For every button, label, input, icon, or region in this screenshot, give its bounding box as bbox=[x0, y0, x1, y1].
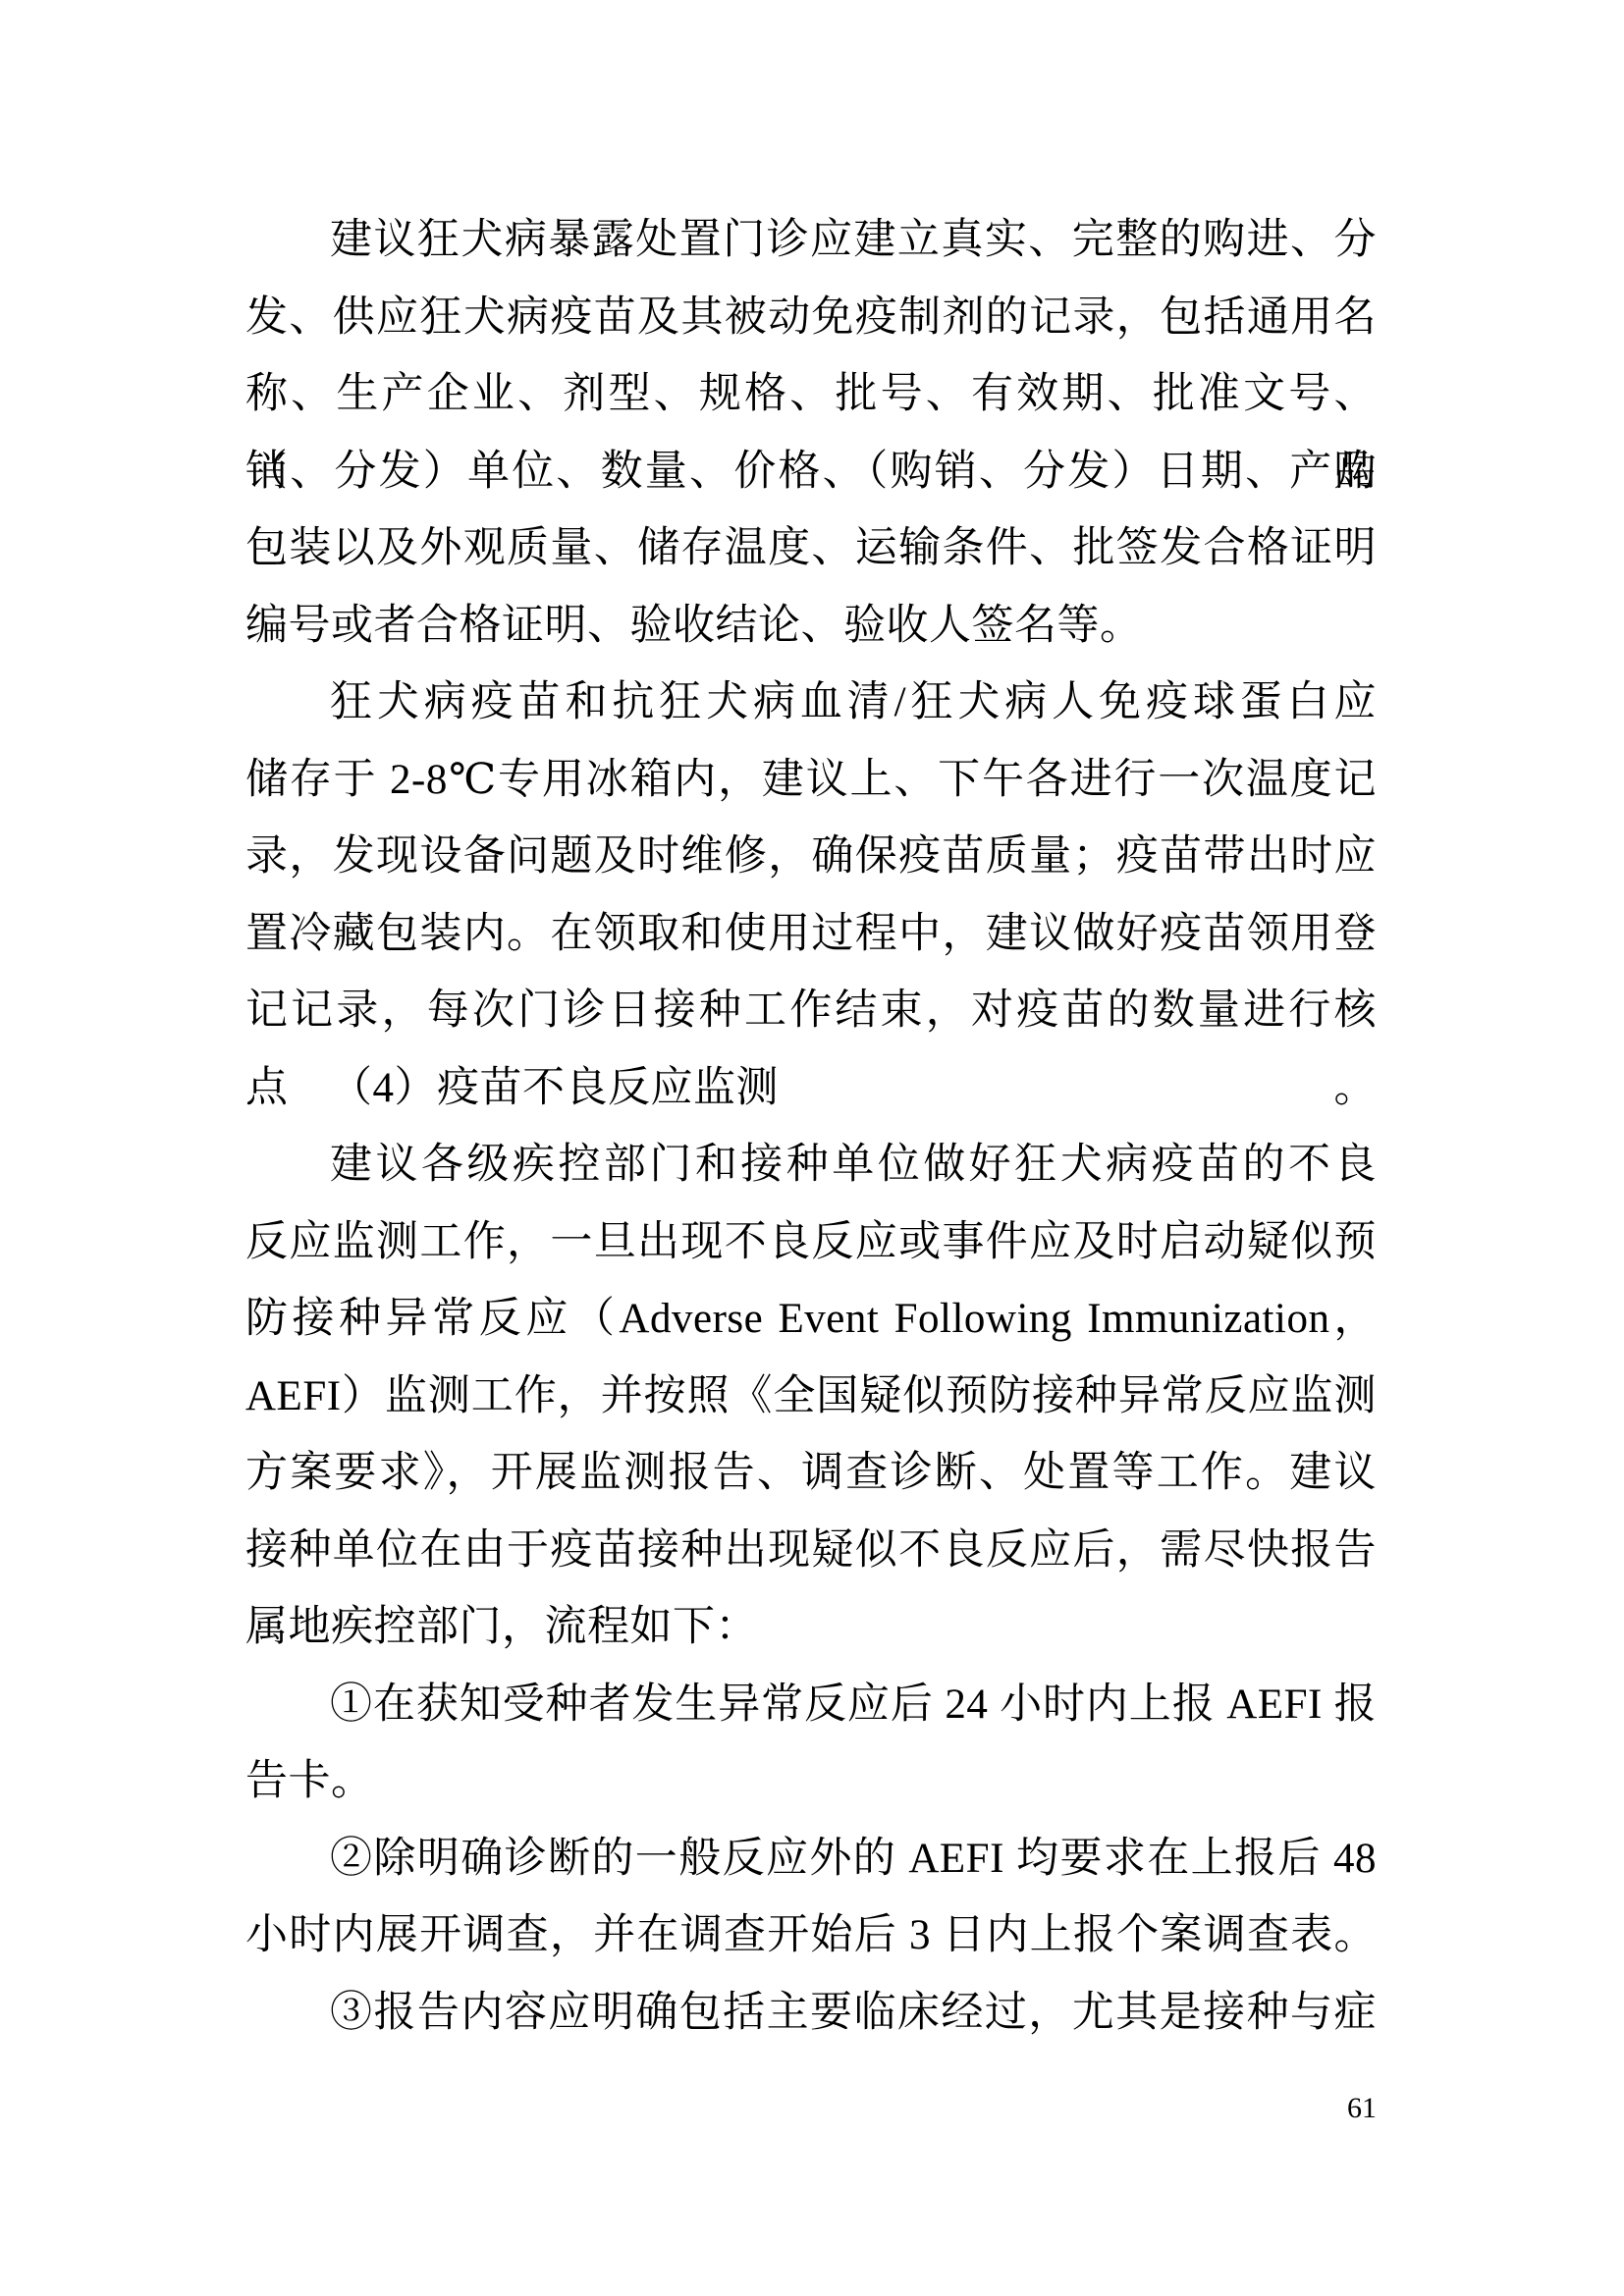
text-line: 接种单位在由于疫苗接种出现疑似不良反应后，需尽快报告 bbox=[245, 1513, 1377, 1590]
text-line: 置冷藏包装内。在领取和使用过程中，建议做好疫苗领用登 bbox=[245, 896, 1377, 974]
text-line: 称、生产企业、剂型、规格、批号、有效期、批准文号、（购 bbox=[245, 356, 1377, 434]
document-page: 建议狂犬病暴露处置门诊应建立真实、完整的购进、分 发、供应狂犬病疫苗及其被动免疫… bbox=[0, 0, 1624, 2296]
text-line: 狂犬病疫苗和抗狂犬病血清/狂犬病人免疫球蛋白应 bbox=[245, 665, 1377, 742]
text-line: 发、供应狂犬病疫苗及其被动免疫制剂的记录，包括通用名 bbox=[245, 280, 1377, 357]
text-line: 属地疾控部门，流程如下： bbox=[245, 1589, 1377, 1667]
text-line: 包装以及外观质量、储存温度、运输条件、批签发合格证明 bbox=[245, 510, 1377, 588]
body-text: 建议狂犬病暴露处置门诊应建立真实、完整的购进、分 发、供应狂犬病疫苗及其被动免疫… bbox=[245, 202, 1377, 2052]
text-line: 记记录，每次门诊日接种工作结束，对疫苗的数量进行核点。 bbox=[245, 973, 1377, 1050]
list-item: ③报告内容应明确包括主要临床经过，尤其是接种与症 bbox=[245, 1975, 1377, 2053]
text-line: 告卡。 bbox=[245, 1743, 1377, 1821]
list-item: ①在获知受种者发生异常反应后 24 小时内上报 AEFI 报 bbox=[245, 1667, 1377, 1744]
text-line: 防接种异常反应（Adverse Event Following Immuniza… bbox=[245, 1281, 1377, 1359]
list-item: ②除明确诊断的一般反应外的 AEFI 均要求在上报后 48 bbox=[245, 1821, 1377, 1898]
text-line: 反应监测工作，一旦出现不良反应或事件应及时启动疑似预 bbox=[245, 1204, 1377, 1282]
text-line: 编号或者合格证明、验收结论、验收人签名等。 bbox=[245, 588, 1377, 666]
text-line: 储存于 2-8℃专用冰箱内，建议上、下午各进行一次温度记 bbox=[245, 742, 1377, 820]
text-line: AEFI）监测工作，并按照《全国疑似预防接种异常反应监测 bbox=[245, 1359, 1377, 1436]
text-line: 建议狂犬病暴露处置门诊应建立真实、完整的购进、分 bbox=[245, 202, 1377, 280]
text-line: 建议各级疾控部门和接种单位做好狂犬病疫苗的不良 bbox=[245, 1127, 1377, 1204]
text-line: 小时内展开调查，并在调查开始后 3 日内上报个案调查表。 bbox=[245, 1897, 1377, 1975]
page-number: 61 bbox=[245, 2089, 1377, 2128]
text-line: 销、分发）单位、数量、价格、（购销、分发）日期、产品 bbox=[245, 434, 1377, 511]
text-line: 录，发现设备问题及时维修，确保疫苗质量；疫苗带出时应 bbox=[245, 819, 1377, 896]
text-line: 方案要求》，开展监测报告、调查诊断、处置等工作。建议 bbox=[245, 1435, 1377, 1513]
